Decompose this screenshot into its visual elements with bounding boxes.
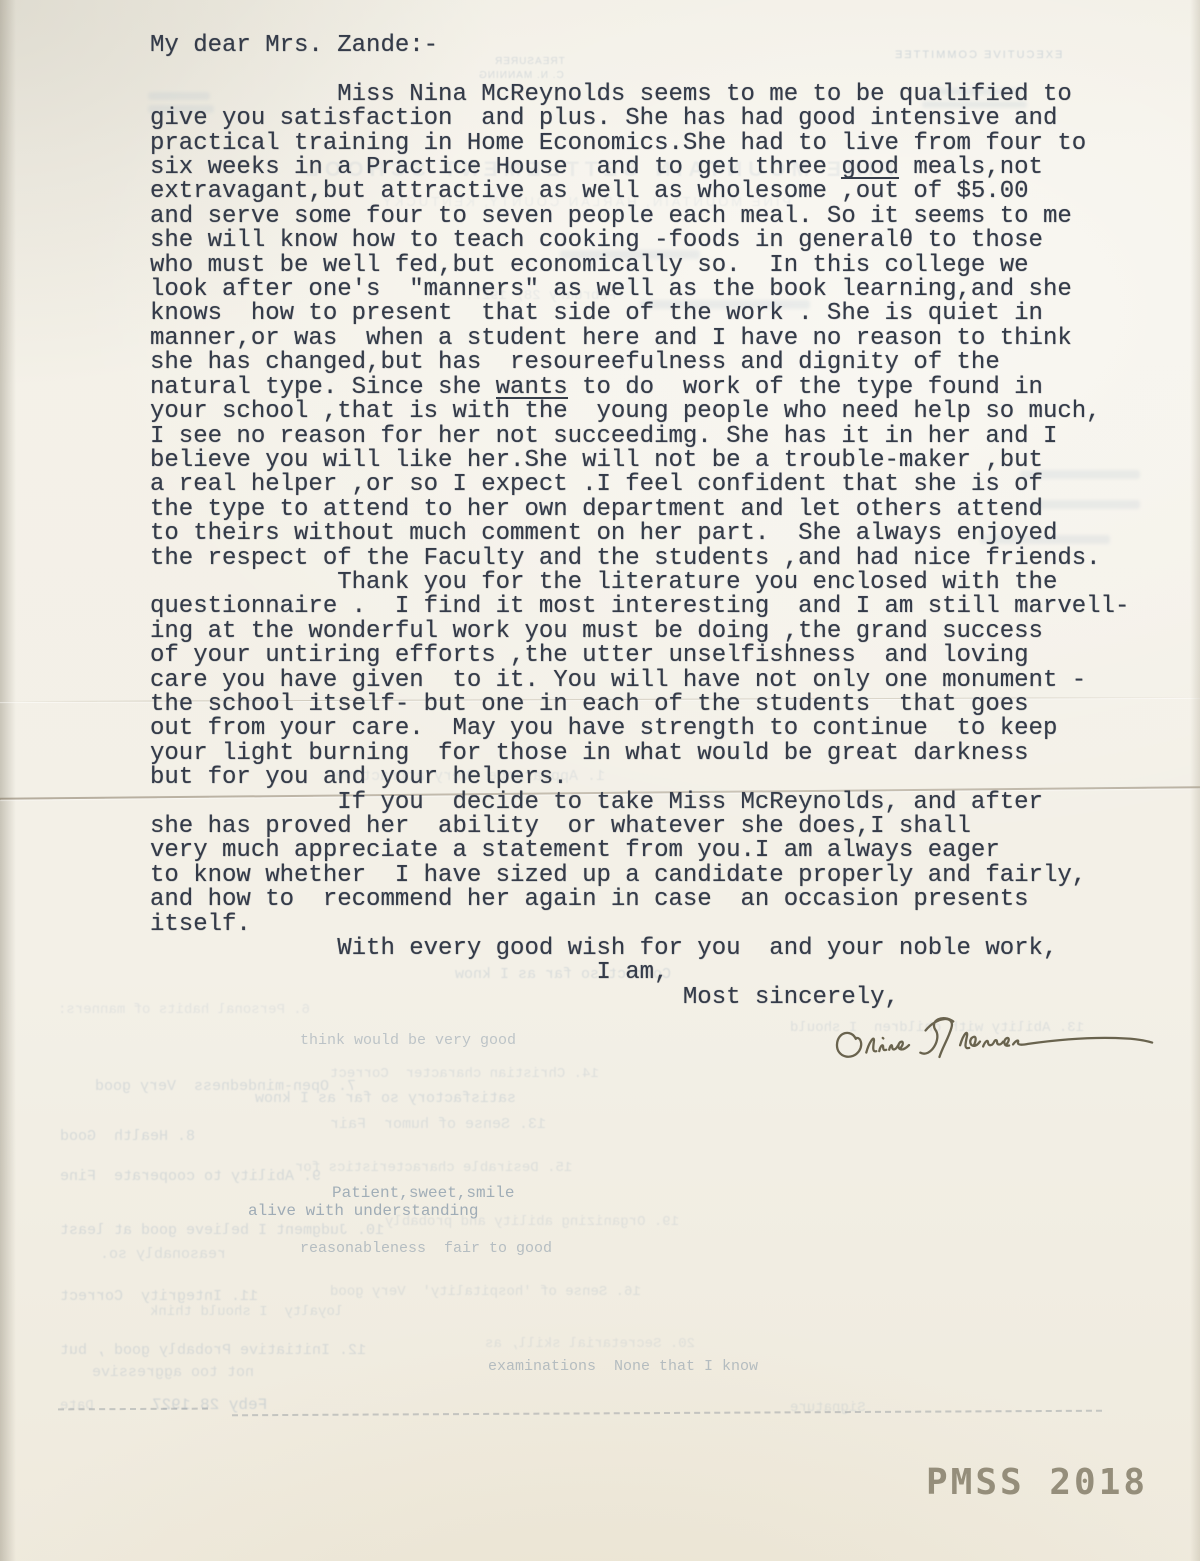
ghost-text: 11. Integrity Correct [60, 1288, 258, 1305]
ghost-text: 9. Ability to cooperate Fine [60, 1168, 321, 1185]
signature-stroke-first-name [837, 1031, 910, 1057]
ghost-text: Signature [790, 1400, 866, 1416]
ghost-text: 8. Health Good [60, 1128, 195, 1145]
ghost-text: reasonableness fair to good [300, 1240, 552, 1257]
ghost-text: 15. Desirable characteristics for [295, 1160, 572, 1176]
typed-underline-good [841, 177, 899, 179]
ghost-text: loyalty I should think [150, 1304, 343, 1320]
ghost-text: 14. Christian character Correct [330, 1066, 599, 1082]
ghost-text: 12. Initiative Probably good , but [60, 1342, 366, 1359]
ghost-text: reasonably so. [100, 1246, 226, 1263]
signature [825, 1000, 1167, 1084]
ghost-text: 13. Sense of humor Fair [330, 1116, 546, 1133]
ghost-text: 10. Judgment I believe good at least [60, 1222, 384, 1239]
letter-body: My dear Mrs. Zande:- Miss Nina McReynold… [150, 34, 1129, 1010]
ghost-text: not too aggressive [92, 1364, 254, 1381]
ghost-text: satisfactory so far as I know [255, 1090, 516, 1107]
letter-page: EXECUTIVE COMMITTEETREASURERC. N. MANNIN… [0, 0, 1200, 1561]
signature-stroke-last-name [919, 1011, 1152, 1058]
typed-underline-wants [496, 397, 568, 399]
ghost-text: Patient,sweet,smile [332, 1184, 514, 1202]
form-line-bleed [232, 1410, 1102, 1417]
ghost-text: 19. Organizing ability and probably [385, 1214, 679, 1230]
ghost-text: think would be very good [300, 1032, 516, 1049]
ghost-text: Feby 28 1927 [152, 1396, 267, 1414]
ghost-text: 20. Secretarial skill, as [485, 1336, 695, 1352]
ghost-text: examinations None that I know [488, 1358, 758, 1375]
ghost-text: 16. Sense of 'hospitality' Very good [330, 1284, 641, 1300]
archive-stamp: PMSS 2018 [926, 1462, 1148, 1503]
ghost-text: Date [60, 1398, 94, 1414]
